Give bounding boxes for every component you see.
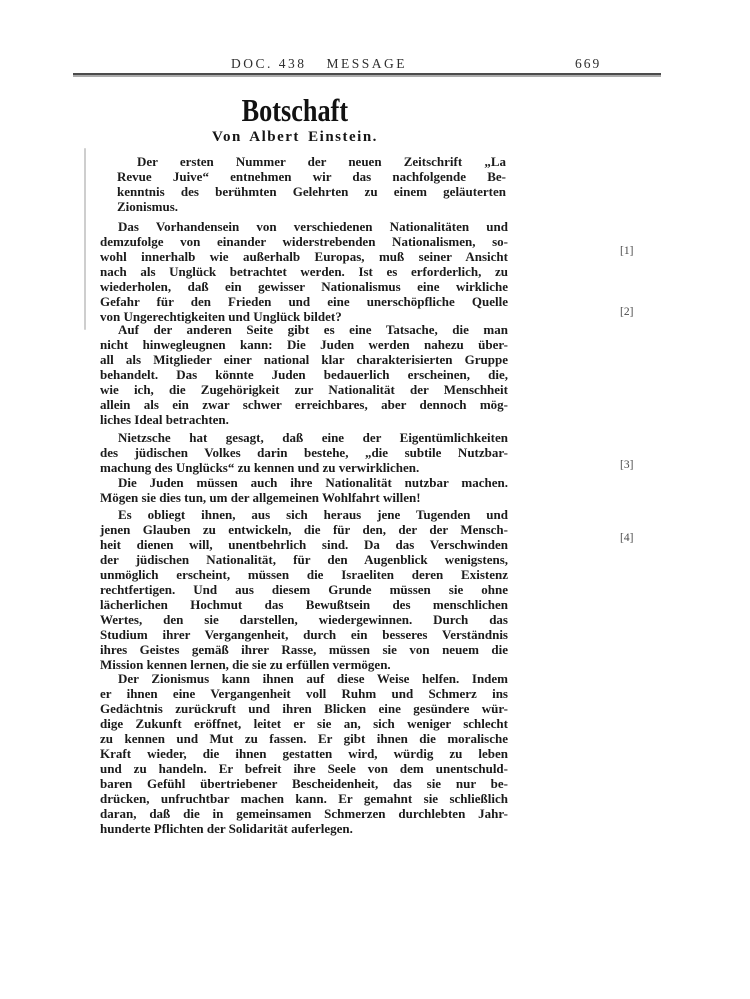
text-line: Mögen sie dies tun, um der allgemeinen W… xyxy=(100,490,508,505)
text-line: wiederholen, daß ein gewisser Nationalis… xyxy=(100,279,508,294)
paragraph-body-5: Es obliegt ihnen, aus sich heraus jene T… xyxy=(100,507,508,672)
paragraph-body-6: Der Zionismus kann ihnen auf diese Weise… xyxy=(100,671,508,836)
text-line: Nietzsche hat gesagt, daß eine der Eigen… xyxy=(100,430,508,445)
text-line: Die Juden müssen auch ihre Nationalität … xyxy=(100,475,508,490)
text-line: hunderte Pflichten der Solidarität aufer… xyxy=(100,821,508,836)
article-title-wrap: Botschaft xyxy=(75,92,515,129)
text-line: Der ersten Nummer der neuen Zeitschrift … xyxy=(117,154,506,169)
text-line: Gedächtnis zurückruft und ihren Blicken … xyxy=(100,701,508,716)
text-line: baren Gefühl übertriebener Bescheidenhei… xyxy=(100,776,508,791)
text-line: Studium ihrer Vergangenheit, durch ein b… xyxy=(100,627,508,642)
text-line: lächerlichen Hochmut das Bewußtsein des … xyxy=(100,597,508,612)
text-line: Gefahr für den Frieden und eine unerschö… xyxy=(100,294,508,309)
paragraph-body-3: Nietzsche hat gesagt, daß eine der Eigen… xyxy=(100,430,508,475)
text-line: des jüdischen Volkes darin bestehe, „die… xyxy=(100,445,508,460)
margin-note-4: [4] xyxy=(620,532,633,544)
running-head: DOC. 438 MESSAGE xyxy=(231,56,407,72)
text-line: rechtfertigen. Und aus diesem Grunde müs… xyxy=(100,582,508,597)
text-line: Der Zionismus kann ihnen auf diese Weise… xyxy=(100,671,508,686)
scan-edge-artifact xyxy=(84,148,86,330)
text-line: dige Zukunft eröffnet, leitet er sie an,… xyxy=(100,716,508,731)
text-line: allein als ein zwar schwer erreichbares,… xyxy=(100,397,508,412)
text-line: wohl innerhalb wie außerhalb Europas, mu… xyxy=(100,249,508,264)
margin-note-3: [3] xyxy=(620,459,633,471)
text-line: Wertes, den sie darstellen, wiedergewinn… xyxy=(100,612,508,627)
margin-note-2: [2] xyxy=(620,306,633,318)
text-line: wie ich, die Zugehörigkeit zur Nationali… xyxy=(100,382,508,397)
text-line: Kraft wieder, die ihnen gestatten wird, … xyxy=(100,746,508,761)
article-title: Botschaft xyxy=(242,92,348,129)
margin-note-1: [1] xyxy=(620,245,633,257)
article-byline: Von Albert Einstein. xyxy=(75,129,515,146)
text-line: machung des Unglücks“ zu kennen und zu v… xyxy=(100,460,508,475)
text-line: ihres Geistes gemäß ihrer Rasse, müssen … xyxy=(100,642,508,657)
text-line: nicht hinwegleugnen kann: Die Juden werd… xyxy=(100,337,508,352)
text-line: Das Vorhandensein von verschiedenen Nati… xyxy=(100,219,508,234)
text-line: Revue Juive“ entnehmen wir das nachfolge… xyxy=(117,169,506,184)
paragraph-intro: Der ersten Nummer der neuen Zeitschrift … xyxy=(117,154,506,214)
text-line: Auf der anderen Seite gibt es eine Tatsa… xyxy=(100,322,508,337)
text-line: kenntnis des berühmten Gelehrten zu eine… xyxy=(117,184,506,199)
text-line: unmöglich erscheint, müssen die Israelit… xyxy=(100,567,508,582)
text-line: behandelt. Das könnte Juden bedauerlich … xyxy=(100,367,508,382)
text-line: er ihnen eine Vergangenheit voll Ruhm un… xyxy=(100,686,508,701)
text-line: und zu handeln. Er befreit ihre Seele vo… xyxy=(100,761,508,776)
text-line: demzufolge von einander widerstrebenden … xyxy=(100,234,508,249)
text-line: zu kennen und Mut zu fassen. Er gibt ihn… xyxy=(100,731,508,746)
page-number: 669 xyxy=(575,56,601,72)
text-line: all als Mitglieder einer national klar c… xyxy=(100,352,508,367)
paragraph-body-2: Auf der anderen Seite gibt es eine Tatsa… xyxy=(100,322,508,427)
running-head-title: MESSAGE xyxy=(327,56,408,72)
text-line: Zionismus. xyxy=(117,199,506,214)
text-line: heit dienen will, unentbehrlich sind. Da… xyxy=(100,537,508,552)
text-line: Es obliegt ihnen, aus sich heraus jene T… xyxy=(100,507,508,522)
text-line: nach als Unglück betrachtet werden. Ist … xyxy=(100,264,508,279)
running-head-doc-label: DOC. 438 xyxy=(231,56,307,72)
scanned-document-page: DOC. 438 MESSAGE 669 Botschaft Von Alber… xyxy=(0,0,750,999)
text-line: daran, daß die in gemeinsamen Schmerzen … xyxy=(100,806,508,821)
paragraph-body-1: Das Vorhandensein von verschiedenen Nati… xyxy=(100,219,508,324)
text-line: drücken, unfruchtbar machen kann. Er gem… xyxy=(100,791,508,806)
text-line: Mission kennen lernen, die sie zu erfüll… xyxy=(100,657,508,672)
text-line: liches Ideal betrachten. xyxy=(100,412,508,427)
header-rule xyxy=(73,73,661,75)
paragraph-body-4: Die Juden müssen auch ihre Nationalität … xyxy=(100,475,508,505)
text-line: der jüdischen Nationalität, für den Auge… xyxy=(100,552,508,567)
text-line: jenen Glauben zu entwickeln, die für den… xyxy=(100,522,508,537)
